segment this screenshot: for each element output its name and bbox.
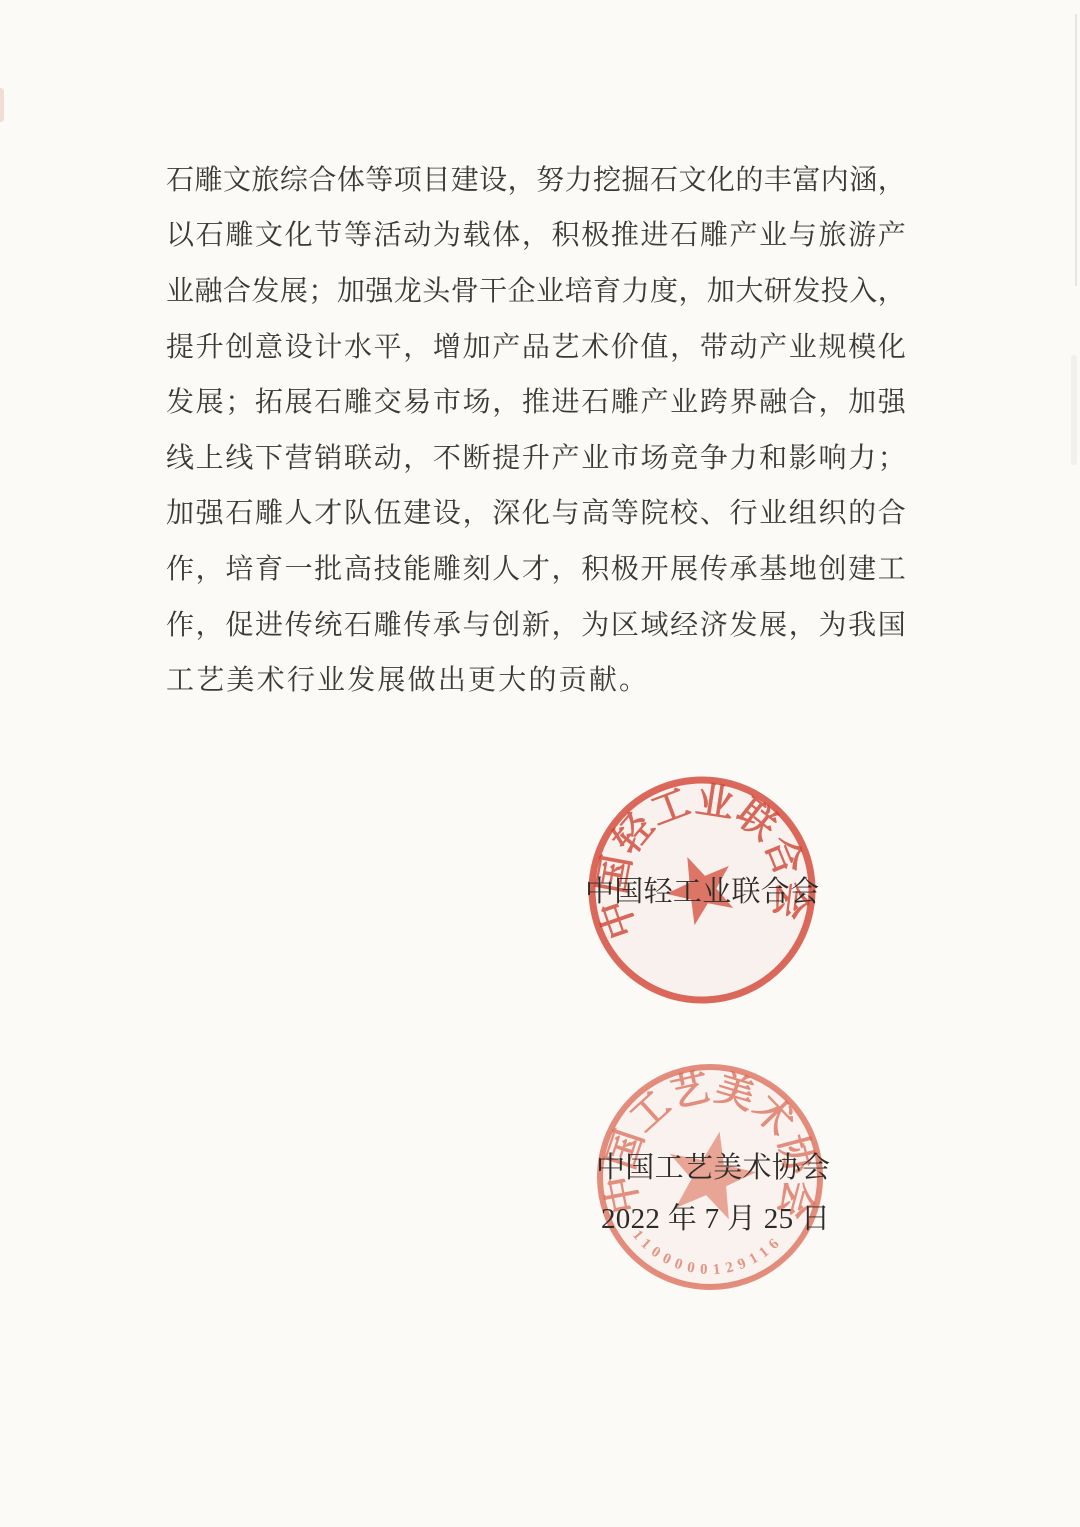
body-line: 发展；拓展石雕交易市场，推进石雕产业跨界融合，加强 bbox=[166, 372, 906, 428]
body-line: 作，培育一批高技能雕刻人才，积极开展传承基地创建工 bbox=[166, 539, 906, 595]
body-line: 线上线下营销联动，不断提升产业市场竞争力和影响力； bbox=[166, 428, 906, 484]
scan-artifact-smudge bbox=[1071, 355, 1077, 465]
body-line: 以石雕文化节等活动为载体，积极推进石雕产业与旅游产 bbox=[166, 206, 906, 262]
scan-artifact-smudge bbox=[0, 88, 4, 122]
body-line: 业融合发展；加强龙头骨干企业培育力度，加大研发投入， bbox=[166, 261, 906, 317]
signature-organization-1: 中国轻工业联合会 bbox=[585, 869, 819, 910]
body-line: 石雕文旅综合体等项目建设，努力挖掘石文化的丰富内涵， bbox=[166, 150, 906, 206]
document-body: 石雕文旅综合体等项目建设，努力挖掘石文化的丰富内涵，以石雕文化节等活动为载体，积… bbox=[166, 150, 906, 706]
signature-organization-2: 中国工艺美术协会 bbox=[596, 1145, 830, 1186]
scanned-letter-page: 石雕文旅综合体等项目建设，努力挖掘石文化的丰富内涵，以石雕文化节等活动为载体，积… bbox=[0, 0, 1080, 1527]
body-line: 作，促进传统石雕传承与创新，为区域经济发展，为我国 bbox=[166, 595, 906, 651]
body-line: 提升创意设计水平，增加产品艺术价值，带动产业规模化 bbox=[166, 317, 906, 373]
body-line: 加强石雕人才队伍建设，深化与高等院校、行业组织的合 bbox=[166, 484, 906, 540]
signature-date: 2022 年 7 月 25 日 bbox=[601, 1196, 830, 1237]
scan-artifact-line bbox=[1075, 14, 1077, 286]
body-line: 工艺美术行业发展做出更大的贡献。 bbox=[166, 650, 906, 706]
